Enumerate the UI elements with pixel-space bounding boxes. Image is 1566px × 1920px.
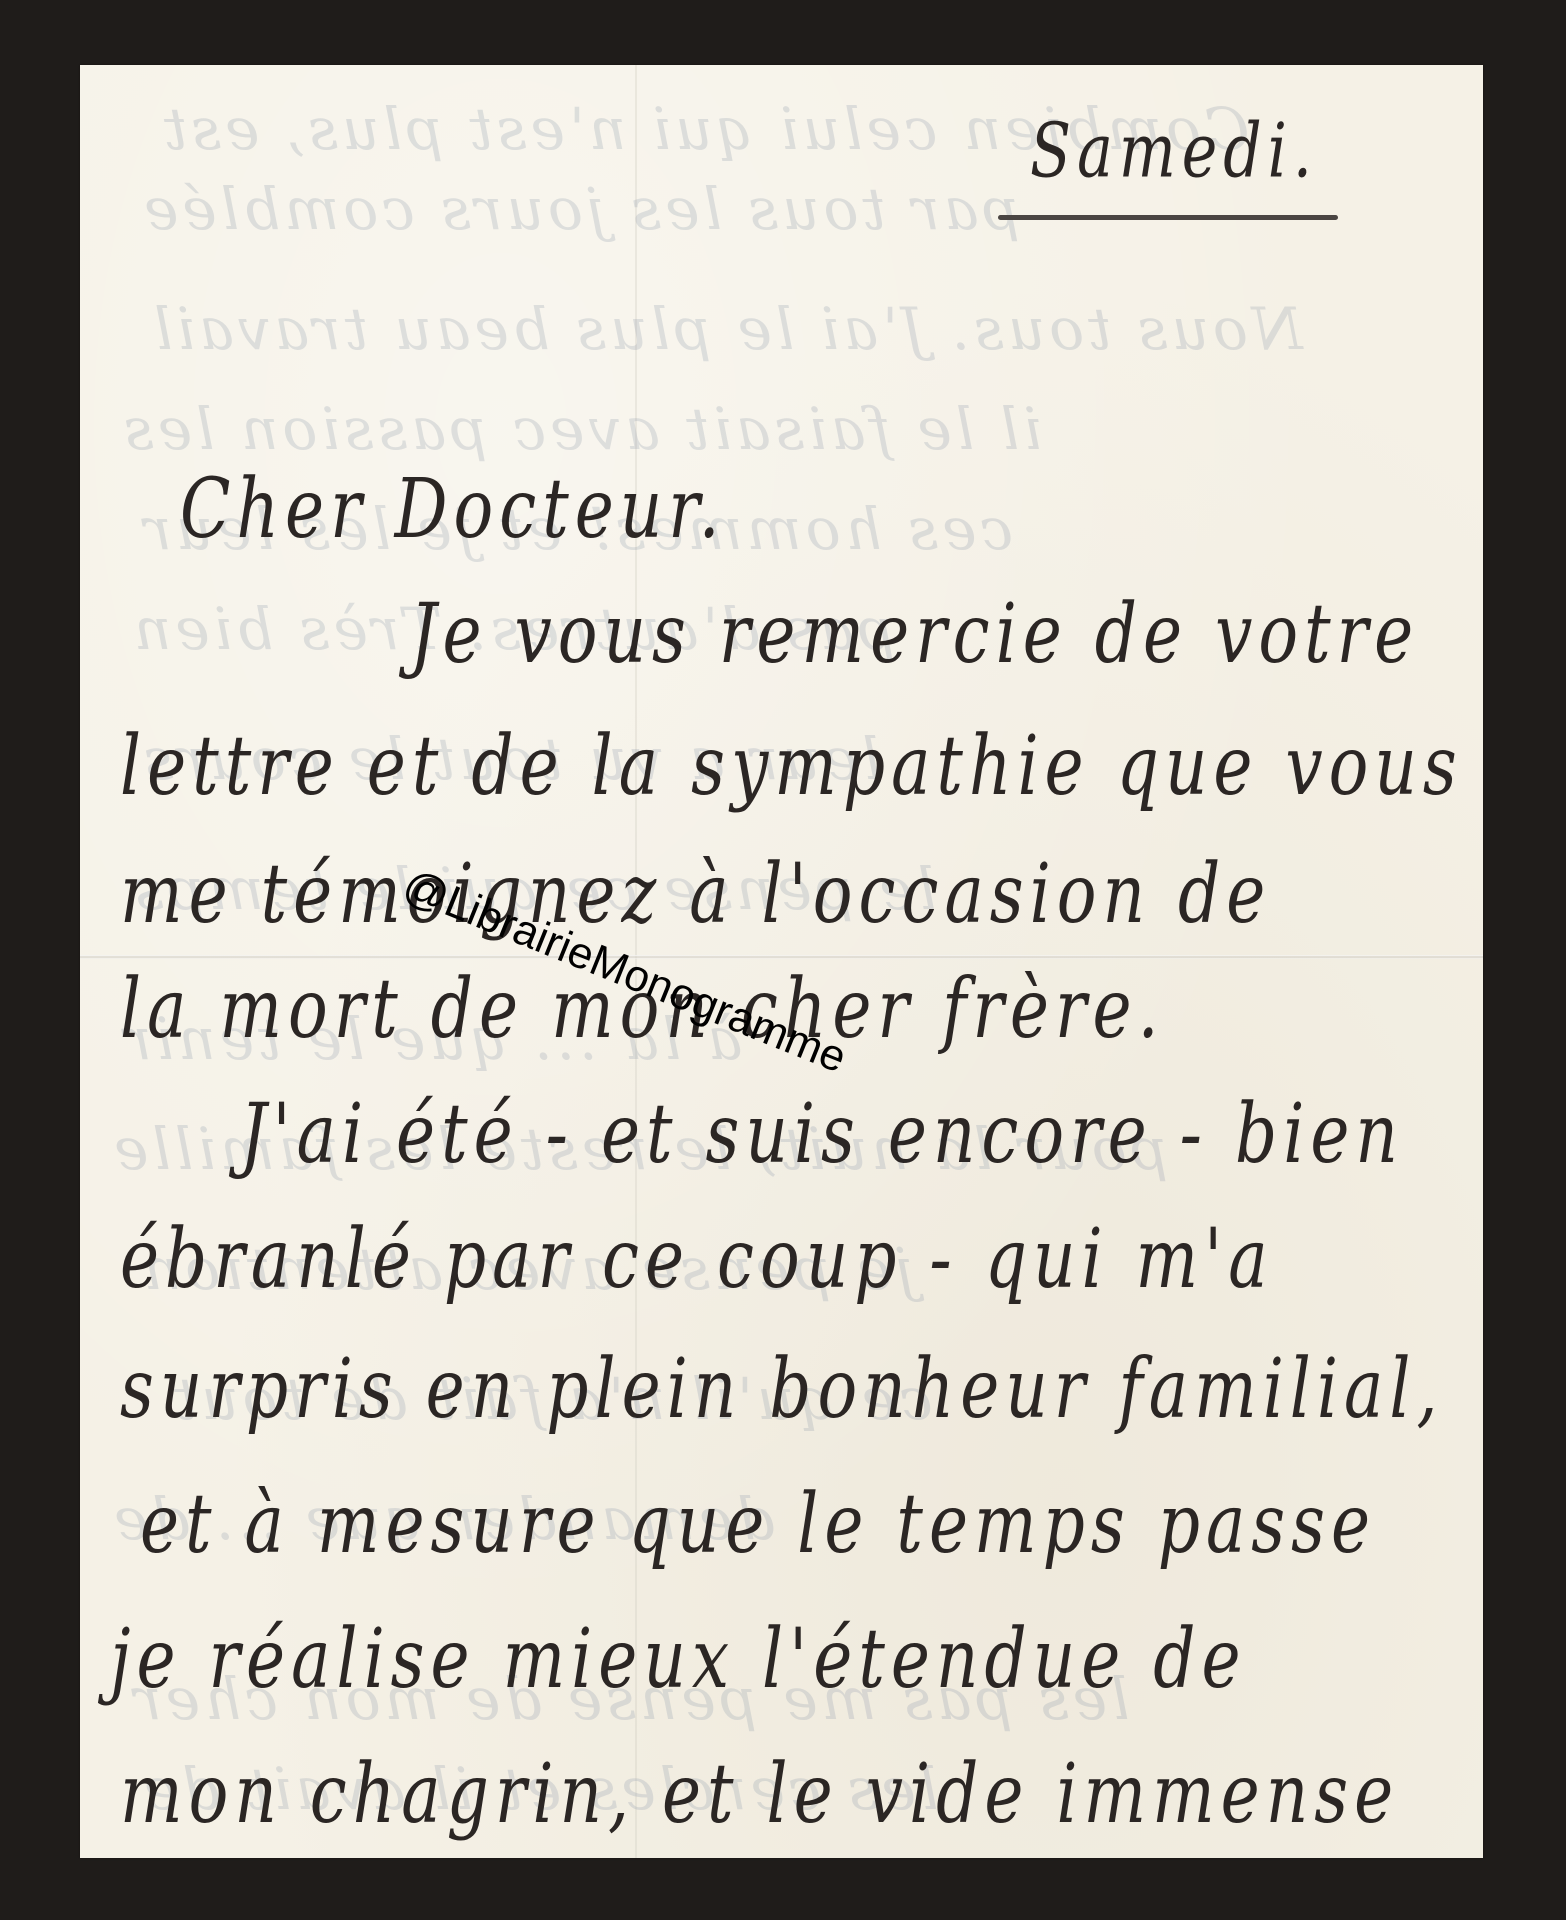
letter-line: ébranlé par ce coup - qui m'a (120, 1211, 1274, 1307)
letter-line: je réalise mieux l'étendue de (110, 1611, 1247, 1707)
letter-line: mon chagrin, et le vide immense (120, 1746, 1399, 1842)
letter-line: me témoignez à l'occasion de (120, 846, 1271, 942)
letter-line: Je vous remercie de votre (410, 586, 1419, 682)
bleed-line: par tous les jours comblée (140, 175, 1020, 243)
letter-date: Samedi. (1030, 108, 1318, 196)
letter-line: et à mesure que le temps passe (140, 1476, 1376, 1572)
letter-salutation: Cher Docteur. (180, 461, 726, 557)
letter-line: lettre et de la sympathie que vous (120, 718, 1463, 814)
letter-line: J'ai été - et suis encore - bien (240, 1086, 1404, 1182)
horizontal-fold-crease (80, 955, 1483, 959)
bleed-line: Nous tous. J'ai le plus beau travail (150, 295, 1303, 363)
date-underline (998, 215, 1338, 220)
letter-page: Combien celui qui n'est plus, est par to… (80, 65, 1483, 1858)
bleed-line: il le faisait avec passion les (120, 395, 1042, 463)
letter-line: surpris en plein bonheur familial, (120, 1341, 1443, 1437)
